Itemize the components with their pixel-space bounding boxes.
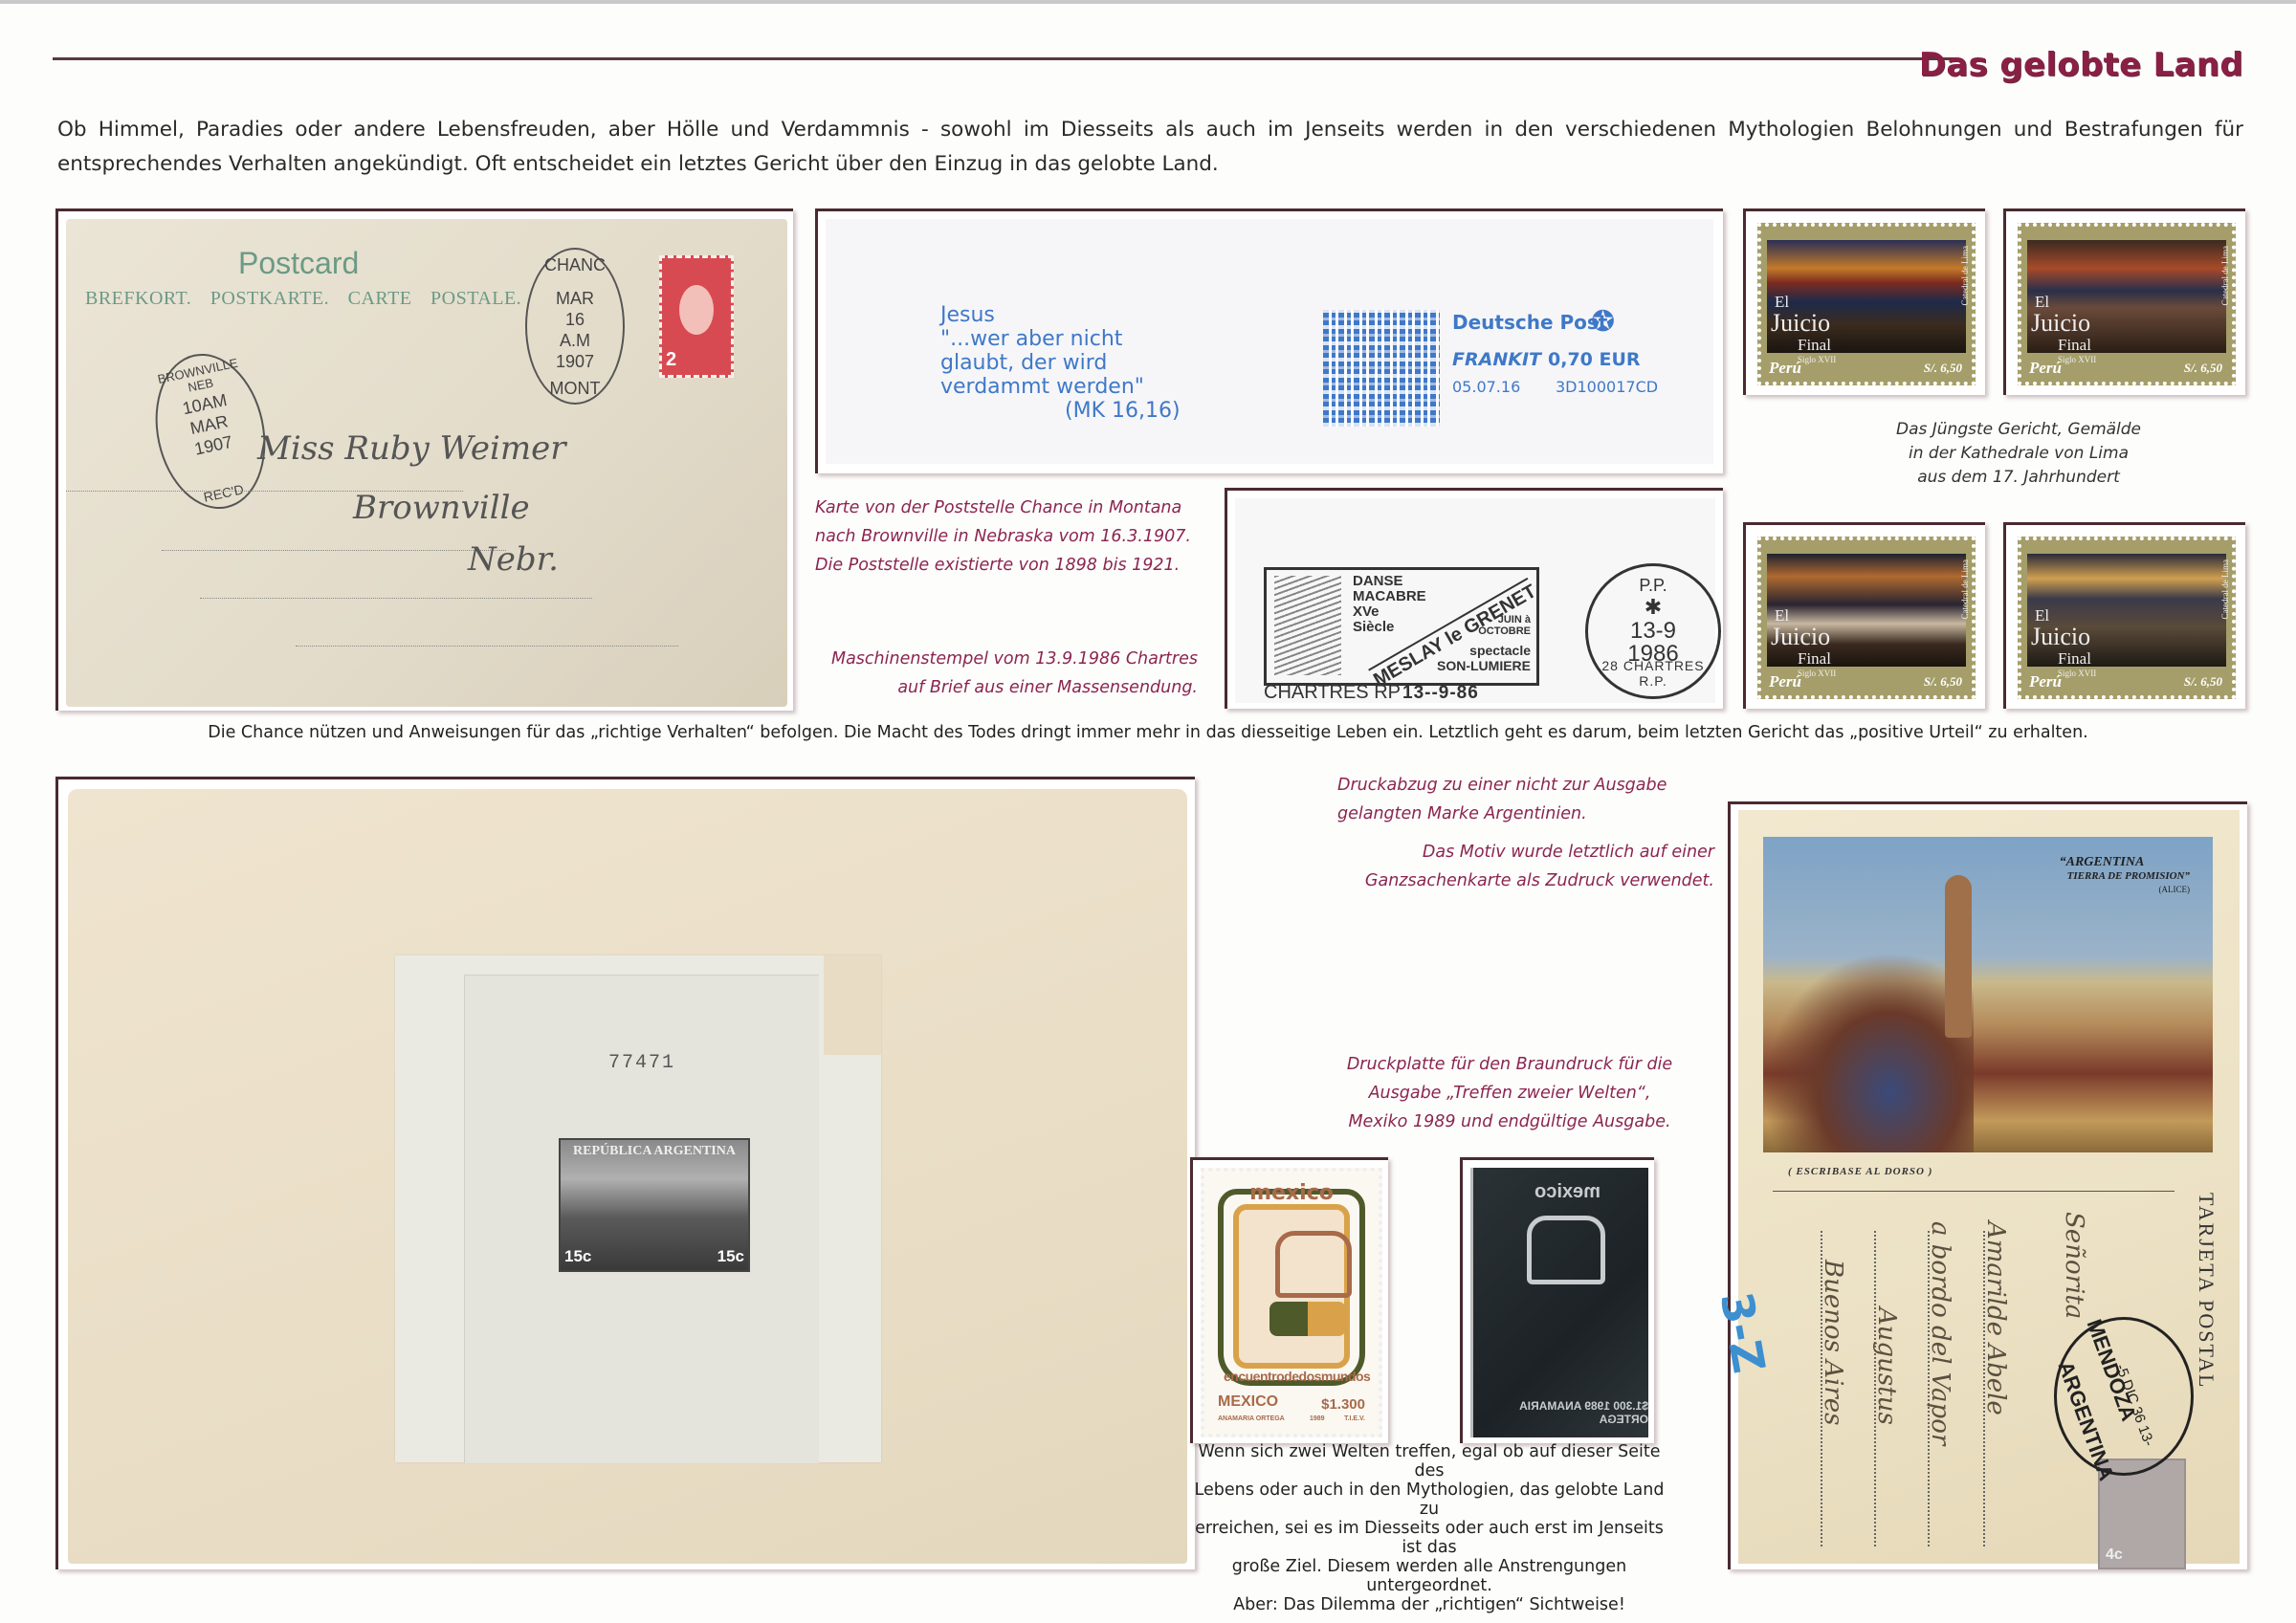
- caption-chartres: Maschinenstempel vom 13.9.1986 Chartres …: [815, 645, 1198, 702]
- caption-line: aus dem 17. Jahrhundert: [1818, 466, 2219, 490]
- middle-paragraph: Die Chance nützen und Anweisungen für da…: [57, 723, 2239, 742]
- stamp-year: 1989: [1310, 1415, 1325, 1422]
- cancel-ring: 28 CHARTRES R.P.: [1588, 658, 1718, 689]
- meter-quote: Jesus "...wer aber nicht glaubt, der wir…: [940, 303, 1144, 399]
- caption-line: in der Kathedrale von Lima: [1818, 442, 2219, 466]
- aztec-mask-icon: [1527, 1216, 1605, 1284]
- stamp-century: Siglo XVII: [1798, 355, 1836, 364]
- proof-number: 77471: [465, 1052, 819, 1074]
- quote-line: "...wer aber nicht: [940, 327, 1144, 351]
- subtitle-line: TIERRA DE PROMISION”: [2060, 869, 2190, 883]
- stamp-value: 2: [666, 349, 676, 371]
- separator-line: [1773, 1191, 2175, 1192]
- stamp-title: Final: [1798, 649, 1831, 669]
- washington-portrait-icon: [679, 285, 714, 335]
- painting-figure: [1945, 875, 1972, 1038]
- cancel-month: MAR: [527, 288, 623, 309]
- stamp-title: Juicio: [1771, 309, 1830, 338]
- quote-line: Jesus: [940, 303, 1144, 327]
- strip-surface: Jesus "...wer aber nicht glaubt, der wir…: [826, 219, 1713, 464]
- stamp-title: Final: [2058, 649, 2091, 669]
- stamp-side-text: Catedral de Lima: [1960, 246, 1970, 305]
- event-line: spectacle: [1437, 643, 1531, 658]
- mexico-1989-stamp: mexico encuentrodedosmundos MEXICO ANAMA…: [1190, 1157, 1388, 1443]
- card-surface: “ARGENTINA TIERRA DE PROMISION” (ALICE) …: [1738, 810, 2240, 1564]
- proof-paper: 77471 REPÚBLICA ARGENTINA 15c 15c: [395, 955, 881, 1462]
- top-border: [0, 0, 2296, 4]
- caption-line: Lebens oder auch in den Mythologien, das…: [1190, 1480, 1668, 1519]
- caption-line: große Ziel. Diesem werden alle Anstrengu…: [1190, 1557, 1668, 1595]
- address-line: [200, 598, 592, 599]
- cancel-town: CHANC: [527, 255, 623, 275]
- stamp-value: 15c: [717, 1247, 744, 1266]
- argentina-die-proof: 77471 REPÚBLICA ARGENTINA 15c 15c: [55, 777, 1195, 1569]
- meter-date: 05.07.16: [1452, 378, 1520, 396]
- chance-montana-cancel: CHANC MAR 16 A.M 1907 MONT: [525, 248, 625, 405]
- stamp-value: 15c: [564, 1247, 591, 1266]
- paper-notch: [824, 955, 881, 1055]
- stamp-title: El: [1775, 294, 1789, 310]
- cancel-year: 1907: [527, 351, 623, 372]
- stamp-title: El: [2035, 294, 2049, 310]
- stamp-country: MEXICO: [1218, 1393, 1278, 1411]
- peru-stamp-juicio-final-1: El Juicio Final Siglo XVII Catedral de L…: [1743, 208, 1985, 395]
- plate-bottom-text: $1.300 1989 ANAMARIA ORTEGA: [1487, 1399, 1648, 1426]
- caption-line: Wenn sich zwei Welten treffen, egal ob a…: [1190, 1442, 1668, 1480]
- address-name: Amarilde Abele: [1981, 1221, 2010, 1415]
- artist-line: (ALICE): [2060, 883, 2190, 896]
- address-line: [162, 550, 506, 551]
- flag-line: XVe: [1353, 604, 1426, 620]
- cancel-received: REC'D: [171, 475, 276, 512]
- meter-brand: Deutsche Post: [1452, 311, 1607, 334]
- republica-argentina-stamp-proof: REPÚBLICA ARGENTINA 15c 15c: [559, 1138, 750, 1272]
- caption-peru: Das Jüngste Gericht, Gemälde in der Kath…: [1818, 418, 2219, 490]
- pp-round-cancel: P.P. ✱ 13-9 1986 28 CHARTRES R.P.: [1585, 563, 1721, 699]
- meter-product: FRANKIT: [1452, 349, 1541, 370]
- stamp-top-text: mexico: [1204, 1181, 1379, 1205]
- stamp-side-text: Catedral de Lima: [2220, 246, 2230, 305]
- caption-motiv: Das Motiv wurde letztlich auf einer Ganz…: [1337, 838, 1714, 895]
- mendoza-cancel: MENDOZA -5 DIC 36 13- ARGENTINA: [2054, 1317, 2194, 1476]
- stamp-side-text: Catedral de Lima: [2220, 559, 2230, 619]
- proof-card: 77471 REPÚBLICA ARGENTINA 15c 15c: [68, 789, 1187, 1564]
- meter-amount: 0,70 EUR: [1548, 349, 1641, 370]
- handshake-icon: [1269, 1302, 1346, 1336]
- cancel-time: A.M: [527, 330, 623, 351]
- strip-surface: DANSE MACABRE XVe Siècle MESLAY le GRENE…: [1235, 498, 1715, 703]
- event-line: SON-LUMIERE: [1437, 658, 1531, 673]
- cancel-state: MONT: [527, 379, 623, 399]
- peru-stamp-juicio-final-2: El Juicio Final Siglo XVII Catedral de L…: [2003, 208, 2245, 395]
- stamp-value: S/. 6,50: [1924, 361, 1962, 376]
- cancel-day: 16: [527, 309, 623, 330]
- address-town: Brownville: [353, 489, 530, 527]
- caption-line: erreichen, sei es im Diesseits oder auch…: [1190, 1519, 1668, 1557]
- meter-code: 3D100017CD: [1556, 378, 1658, 396]
- aztec-mask-icon: [1275, 1231, 1352, 1298]
- stamp-side-text: Catedral de Lima: [1960, 559, 1970, 619]
- address-name: Miss Ruby Weimer: [257, 429, 565, 468]
- stamp-country: Perú: [1769, 672, 1801, 691]
- title-rule: [53, 57, 1956, 60]
- plate-top-text: mexico: [1496, 1181, 1639, 1203]
- stamp-title: REPÚBLICA ARGENTINA: [561, 1144, 748, 1159]
- machine-date: 13--9-86: [1402, 683, 1479, 704]
- stamp-artist: ANAMARIA ORTEGA: [1218, 1415, 1285, 1422]
- caption-druckabzug: Druckabzug zu einer nicht zur Ausgabe ge…: [1337, 771, 1739, 828]
- stamp-century: Siglo XVII: [2058, 355, 2096, 364]
- postcard-heading: Postcard: [238, 246, 359, 281]
- title-line: “ARGENTINA: [2060, 856, 2190, 869]
- stamp-slogan: encuentrodedosmundos: [1224, 1369, 1359, 1384]
- metal-plate: mexico $1.300 1989 ANAMARIA ORTEGA: [1470, 1168, 1648, 1437]
- chartres-machine-cancel-strip: DANSE MACABRE XVe Siècle MESLAY le GRENE…: [1225, 488, 1723, 709]
- address-state: Nebr.: [468, 540, 559, 579]
- painting-title: “ARGENTINA TIERRA DE PROMISION” (ALICE): [2060, 856, 2190, 896]
- flag-title: DANSE MACABRE XVe Siècle: [1353, 574, 1426, 635]
- flag-line: MACABRE: [1353, 589, 1426, 604]
- card-instruction: ( ESCRIBASE AL DORSO ): [1788, 1166, 1932, 1177]
- slogan-flag: DANSE MACABRE XVe Siècle MESLAY le GRENE…: [1264, 567, 1539, 686]
- caption-postcard: Karte von der Poststelle Chance in Monta…: [815, 493, 1217, 580]
- address-addressee: Señorita: [2060, 1212, 2088, 1319]
- tierra-de-promision-painting: “ARGENTINA TIERRA DE PROMISION” (ALICE): [1763, 837, 2213, 1152]
- cancel-day: 13-9: [1588, 620, 1718, 643]
- stamp-country: Perú: [2029, 672, 2062, 691]
- card-type: TARJETA POSTAL: [2194, 1193, 2219, 1389]
- stamp-title: Juicio: [1771, 623, 1830, 651]
- period-line: JUIN à: [1478, 614, 1531, 625]
- stamp-title: Final: [2058, 336, 2091, 355]
- flag-line: Siècle: [1353, 620, 1426, 635]
- address-line: [296, 646, 678, 647]
- caption-line: Das Jüngste Gericht, Gemälde: [1818, 418, 2219, 442]
- caption-line: Aber: Das Dilemma der „richtigen“ Sichtw…: [1190, 1595, 1668, 1614]
- flag-event: spectacle SON-LUMIERE: [1437, 643, 1531, 673]
- argentina-postal-card: “ARGENTINA TIERRA DE PROMISION” (ALICE) …: [1728, 801, 2247, 1569]
- stamp-title: Juicio: [2031, 623, 2090, 651]
- flag-line: DANSE: [1353, 574, 1426, 589]
- caption-druckplatte: Druckplatte für den Braundruck für die A…: [1337, 1050, 1682, 1136]
- stamp-value: S/. 6,50: [2184, 361, 2222, 376]
- page-title: Das gelobte Land: [1919, 46, 2243, 84]
- stamp-value: $1.300: [1321, 1396, 1365, 1413]
- peru-stamp-juicio-final-4: El Juicio Final Siglo XVII Catedral de L…: [2003, 522, 2245, 709]
- address-ship: a bordo del Vapor: [1926, 1221, 1954, 1445]
- stamp-title: Juicio: [2031, 309, 2090, 338]
- painting-crowd: [1763, 952, 1974, 1152]
- stamp-century: Siglo XVII: [2058, 669, 2096, 678]
- postcard-usa-1907: Postcard BREFKORT. POSTKARTE. CARTE POST…: [55, 208, 793, 711]
- posthorn-icon: ✪: [1591, 305, 1615, 339]
- datamatrix-code-icon: [1323, 310, 1440, 427]
- stamp-value: S/. 6,50: [1924, 674, 1962, 690]
- mexico-printing-plate: mexico $1.300 1989 ANAMARIA ORTEGA: [1460, 1157, 1654, 1443]
- stamp-century: Siglo XVII: [1798, 669, 1836, 678]
- quote-line: glaubt, der wird: [940, 351, 1144, 375]
- stamp-title: Final: [1798, 336, 1831, 355]
- deutsche-post-meter-strip: Jesus "...wer aber nicht glaubt, der wir…: [815, 208, 1723, 473]
- star-icon: ✱: [1588, 595, 1718, 620]
- caption-zwei-welten: Wenn sich zwei Welten treffen, egal ob a…: [1190, 1442, 1668, 1614]
- death-figure-icon: [1274, 576, 1341, 675]
- period-line: OCTOBRE: [1478, 625, 1531, 637]
- stamp-country: Perú: [1769, 359, 1801, 378]
- stamp-value: 4c: [2106, 1546, 2123, 1564]
- intro-paragraph: Ob Himmel, Paradies oder andere Lebensfr…: [57, 113, 2243, 182]
- stamp-printer: T.I.E.V.: [1344, 1415, 1365, 1422]
- washington-2c-stamp: 2: [659, 255, 734, 378]
- address-city: Buenos Aires: [1819, 1260, 1847, 1426]
- stamp-value: S/. 6,50: [2184, 674, 2222, 690]
- address-vessel: Augustus: [1872, 1307, 1901, 1425]
- postcard-surface: Postcard BREFKORT. POSTKARTE. CARTE POST…: [66, 219, 787, 707]
- stamp-country: Perú: [2029, 359, 2062, 378]
- postcard-languages: BREFKORT. POSTKARTE. CARTE POSTALE.: [85, 288, 521, 310]
- cancel-pp: P.P.: [1588, 576, 1718, 596]
- proof-inner-sheet: 77471 REPÚBLICA ARGENTINA 15c 15c: [464, 975, 819, 1463]
- stamp-core: [1233, 1204, 1350, 1369]
- stamp-title: El: [2035, 607, 2049, 624]
- flag-period: JUIN à OCTOBRE: [1478, 614, 1531, 637]
- blue-crayon-marking: 3-Z: [1711, 1288, 1776, 1377]
- bible-reference: (MK 16,16): [1065, 399, 1181, 423]
- peru-stamp-juicio-final-3: El Juicio Final Siglo XVII Catedral de L…: [1743, 522, 1985, 709]
- machine-office: CHARTRES RP: [1264, 682, 1401, 704]
- stamp-title: El: [1775, 607, 1789, 624]
- quote-line: verdammt werden": [940, 375, 1144, 399]
